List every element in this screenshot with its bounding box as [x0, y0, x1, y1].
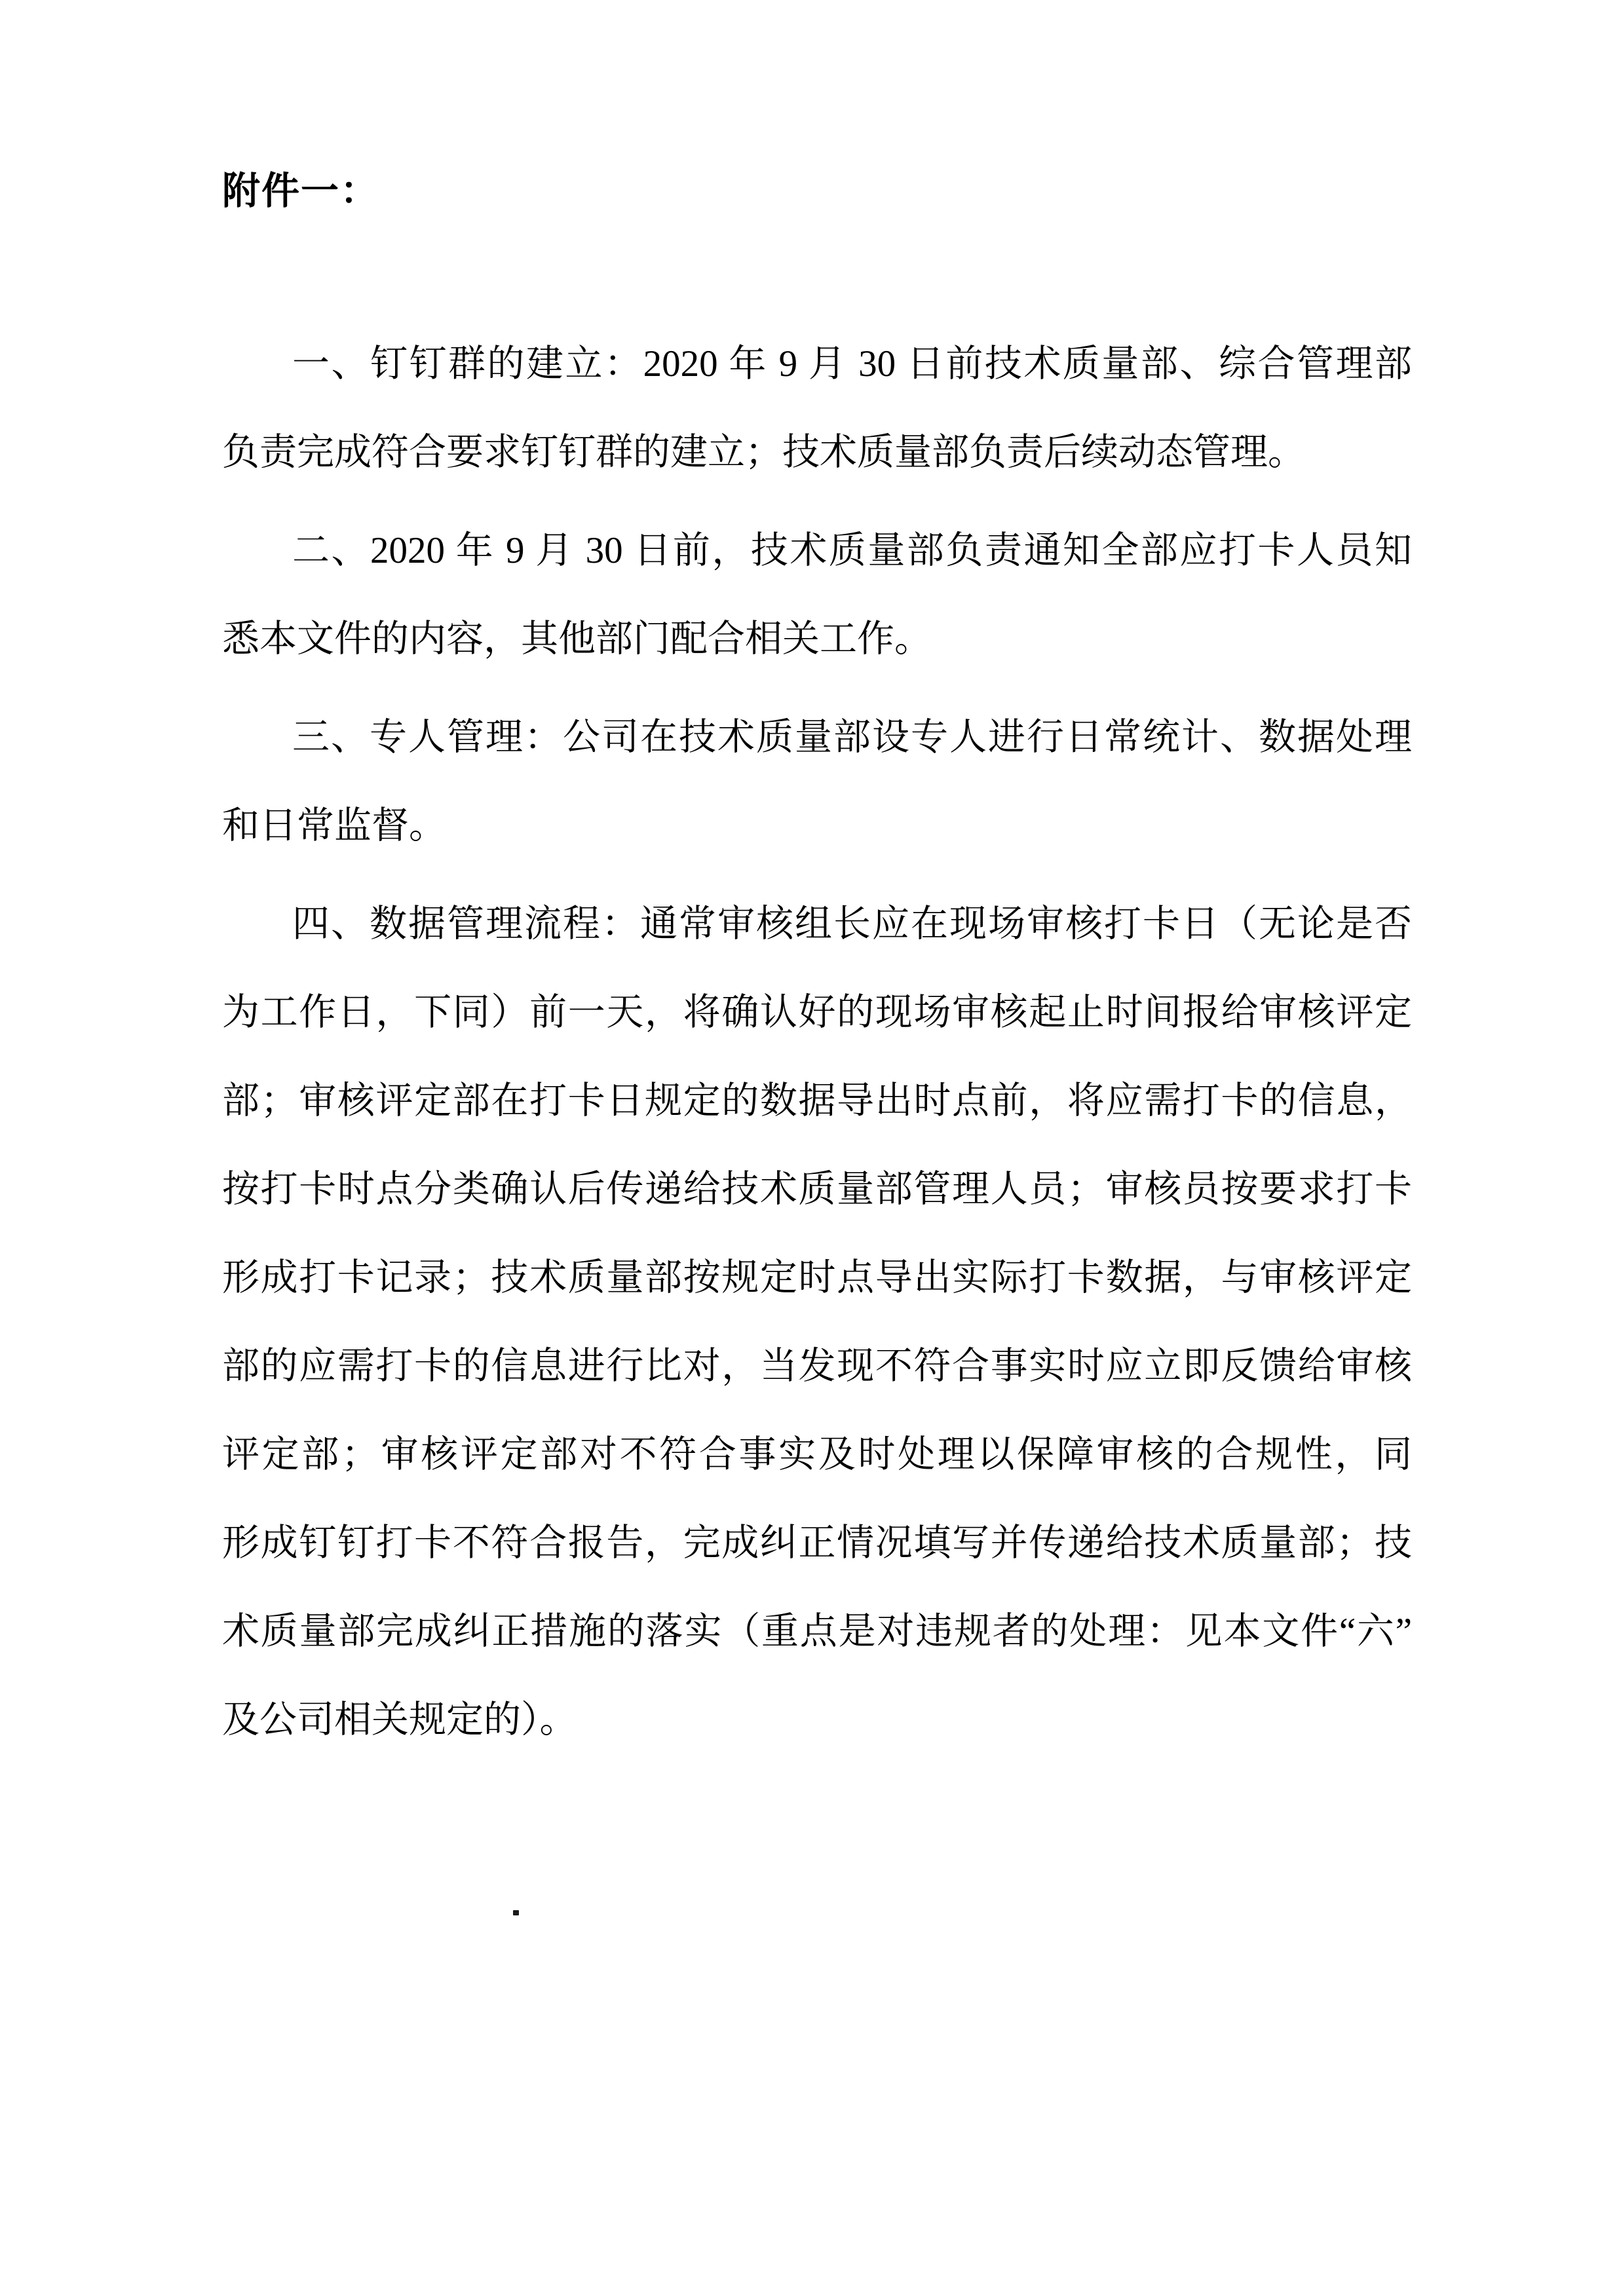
text-line: 术质量部完成纠正措施的落实（重点是对违规者的处理：见本文件“六”	[222, 1587, 1412, 1676]
text-line: 负责完成符合要求钉钉群的建立；技术质量部负责后续动态管理。	[222, 408, 1412, 497]
text-line: 和日常监督。	[222, 781, 1412, 870]
paragraph-3: 三、专人管理：公司在技术质量部设专人进行日常统计、数据处理 和日常监督。	[222, 693, 1412, 870]
text-line: 四、数据管理流程：通常审核组长应在现场审核打卡日（无论是否	[222, 880, 1412, 968]
document-page: 附件一： 一、钉钉群的建立：2020 年 9 月 30 日前技术质量部、综合管理…	[0, 0, 1619, 2296]
ink-speck	[513, 1910, 519, 1915]
text-line: 评定部；审核评定部对不符合事实及时处理以保障审核的合规性，同时，	[222, 1410, 1412, 1499]
text-line: 二、2020 年 9 月 30 日前，技术质量部负责通知全部应打卡人员知	[222, 506, 1412, 595]
text-line: 及公司相关规定的）。	[222, 1676, 1412, 1764]
text-line: 悉本文件的内容，其他部门配合相关工作。	[222, 595, 1412, 683]
paragraph-4: 四、数据管理流程：通常审核组长应在现场审核打卡日（无论是否 为工作日，下同）前一…	[222, 880, 1412, 1764]
text-line: 部的应需打卡的信息进行比对，当发现不符合事实时应立即反馈给审核	[222, 1322, 1412, 1410]
text-line: 形成打卡记录；技术质量部按规定时点导出实际打卡数据，与审核评定	[222, 1233, 1412, 1322]
text-line: 按打卡时点分类确认后传递给技术质量部管理人员；审核员按要求打卡	[222, 1145, 1412, 1233]
text-line: 部；审核评定部在打卡日规定的数据导出时点前，将应需打卡的信息，	[222, 1057, 1412, 1145]
paragraph-1: 一、钉钉群的建立：2020 年 9 月 30 日前技术质量部、综合管理部 负责完…	[222, 320, 1412, 497]
text-line: 三、专人管理：公司在技术质量部设专人进行日常统计、数据处理	[222, 693, 1412, 781]
text-line: 形成钉钉打卡不符合报告，完成纠正情况填写并传递给技术质量部；技	[222, 1499, 1412, 1587]
attachment-title: 附件一：	[222, 147, 1412, 235]
text-line: 一、钉钉群的建立：2020 年 9 月 30 日前技术质量部、综合管理部	[222, 320, 1412, 408]
document-content: 附件一： 一、钉钉群的建立：2020 年 9 月 30 日前技术质量部、综合管理…	[222, 147, 1412, 1774]
paragraph-2: 二、2020 年 9 月 30 日前，技术质量部负责通知全部应打卡人员知 悉本文…	[222, 506, 1412, 683]
text-line: 为工作日，下同）前一天，将确认好的现场审核起止时间报给审核评定	[222, 968, 1412, 1057]
